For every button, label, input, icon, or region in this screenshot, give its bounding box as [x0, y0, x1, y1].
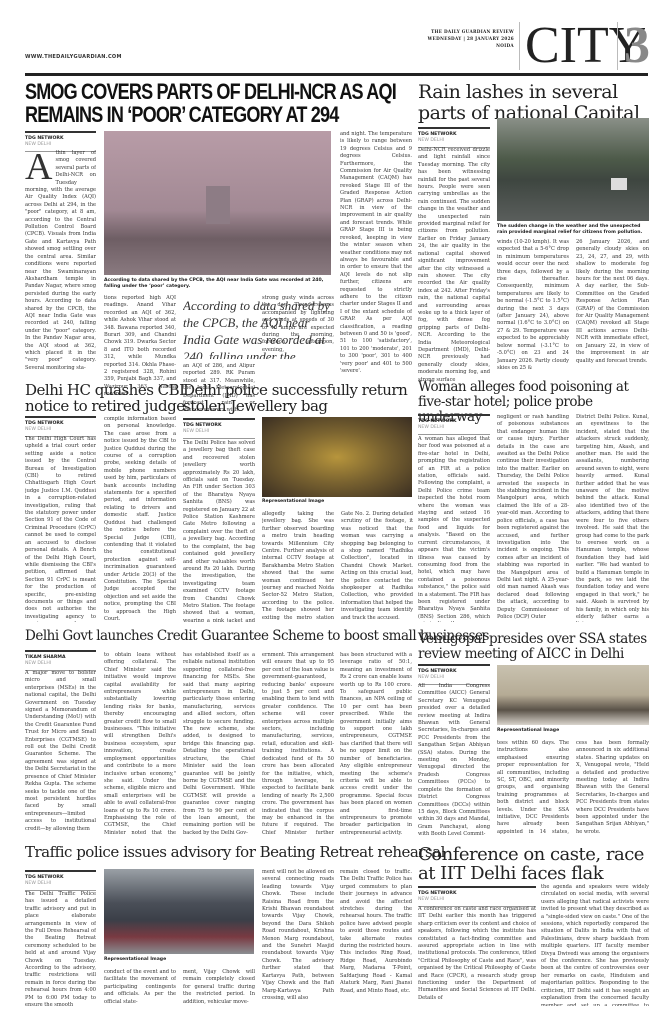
divider [519, 22, 520, 70]
byline: TDG NETWORKNEW DELHI [25, 131, 96, 152]
article-body: A conference on caste and race organised… [418, 906, 536, 1006]
dateline: NEW DELHI [25, 661, 96, 667]
byline: TIKAM SHARMANEW DELHI [25, 650, 96, 671]
article-body: ernment. This arrangement will ensure th… [262, 652, 334, 835]
byline: TDG NETWORKNEW DELHI [418, 414, 490, 435]
byline: TDG NETWORKNEW DELHI [418, 886, 536, 907]
divider [617, 22, 618, 70]
dateline: NEW DELHI [418, 675, 490, 681]
article-body: A major move to bolster micro and small … [25, 670, 96, 835]
article-body: to obtain loans without offering collate… [104, 652, 176, 835]
article-body: remain closed to traffic. The Delhi Traf… [340, 869, 412, 1006]
article-body: All India Congress Committee (AICC) Gene… [418, 683, 490, 835]
article-body: tees within 60 days. The instructions al… [497, 740, 569, 835]
article-body: ment, Vijay Chowk will remain completely… [183, 969, 255, 1006]
issue-date: WEDNESDAY | 28 JANUARY 2026 [380, 35, 514, 42]
article-body: ment will not be allowed on several conn… [262, 869, 334, 1006]
article-body: Gate No. 2. During detailed scrutiny of … [341, 511, 413, 622]
article-body: District Delhi Police. Kunal, an eyewitn… [576, 414, 649, 622]
paper-name: THE DAILY GUARDIAN REVIEW [380, 28, 514, 35]
article-body: allegedly taking the jewellery bag. She … [262, 511, 334, 622]
photo-caption: Representational Image [104, 957, 254, 963]
article-body: The Delhi High Court has upheld a trial … [25, 436, 96, 622]
drop-cap: A [25, 152, 52, 182]
dateline: NEW DELHI [418, 138, 490, 144]
article-body: A woman has alleged that her food was po… [418, 436, 490, 622]
photo-jewellery [262, 417, 412, 497]
article-body: The Delhi Police has solved a jewellery … [183, 440, 255, 622]
headline: Venugopal presides over SSA states revie… [418, 632, 653, 662]
byline: TDG NETWORKNEW DELHI [25, 416, 96, 437]
headline: Conference on caste, race at IIT Delhi f… [418, 845, 648, 883]
dateline: NEW DELHI [25, 881, 96, 887]
dateline: NEW DELHI [183, 429, 255, 435]
headline: Delhi Govt launches Credit Guarantee Sch… [25, 628, 425, 644]
article-body: compile information based on personal kn… [104, 416, 176, 622]
headline-line-1: SMOG COVERS PARTS OF DELHI-NCR AS AQI [25, 80, 435, 103]
article-body: has established itself as a reliable nat… [183, 652, 255, 835]
byline: TDG NETWORKNEW DELHI [25, 870, 96, 891]
headline: Delhi police successfully return stolen … [183, 382, 413, 414]
article-smog: SMOG COVERS PARTS OF DELHI-NCR AS AQI RE… [25, 80, 425, 126]
photo-rain [497, 118, 649, 221]
article-body: cess has been formally announced in six … [576, 740, 649, 835]
byline: TDG NETWORKNEW DELHI [418, 127, 490, 148]
photo-caption: Representational Image [262, 499, 412, 505]
article-body: has been structured with a leverage rati… [340, 652, 412, 835]
byline: TDG NETWORKNEW DELHI [183, 418, 255, 439]
article-body: the agenda and speakers were widely circ… [541, 884, 649, 1006]
article-body: conduct of the event and to facilitate t… [104, 969, 176, 1006]
photo-india-gate [104, 131, 331, 275]
masthead-info: THE DAILY GUARDIAN REVIEW WEDNESDAY | 28… [380, 28, 514, 49]
headline: Delhi HC quashes CBI notice to retired j… [25, 382, 185, 414]
photo-meeting [497, 665, 649, 725]
dateline: NEW DELHI [418, 425, 490, 431]
website-url: WWW.THEDAILYGUARDIAN.COM [25, 54, 122, 60]
article-body: negligent or rash handling of poisonous … [497, 414, 569, 622]
india-gate-shape [206, 186, 230, 224]
dateline: NEW DELHI [25, 142, 96, 148]
headline: SMOG COVERS PARTS OF DELHI-NCR AS AQI RE… [25, 80, 435, 126]
headline: Traffic police issues advisory for Beati… [25, 843, 425, 861]
byline: TDG NETWORKNEW DELHI [418, 664, 490, 685]
photo-caption: The sudden change in the weather and the… [497, 224, 649, 236]
headline-line-2: REMAINS IN ‘POOR’ CATEGORY AT 294 [25, 103, 435, 126]
photo-beating-retreat [104, 869, 254, 954]
dateline: NEW DELHI [25, 427, 96, 433]
dateline: NEW DELHI [418, 897, 536, 903]
edition-city: NOIDA [380, 42, 514, 49]
car-shape [611, 178, 627, 190]
masthead-rule [25, 73, 648, 76]
article-body: The Delhi Traffic Police has issued a de… [25, 891, 96, 1006]
photo-caption: According to data shared by the CPCB, th… [104, 278, 331, 290]
photo-caption: Representational Image [497, 728, 649, 734]
page-number: 3 [624, 22, 650, 70]
